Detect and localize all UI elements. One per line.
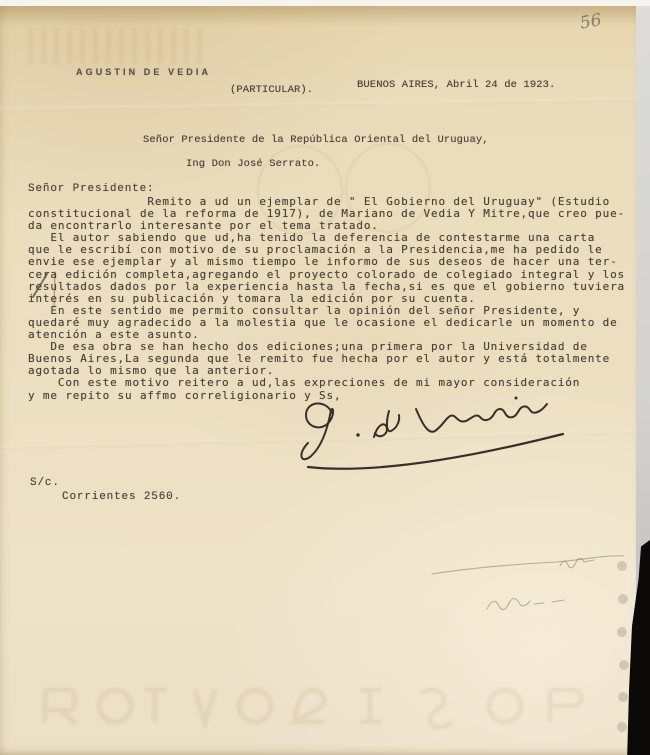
pencil-slash-mark bbox=[33, 274, 47, 297]
pencil-margin-line bbox=[54, 272, 55, 307]
binding-dots-showthrough bbox=[617, 561, 629, 732]
pencil-marks bbox=[0, 0, 650, 755]
pencil-scribbles bbox=[432, 556, 624, 610]
scan-top-strip bbox=[0, 0, 650, 6]
scanned-letter-page: AGUSTIN DE VEDIA (PARTICULAR). BUENOS AI… bbox=[0, 0, 650, 755]
